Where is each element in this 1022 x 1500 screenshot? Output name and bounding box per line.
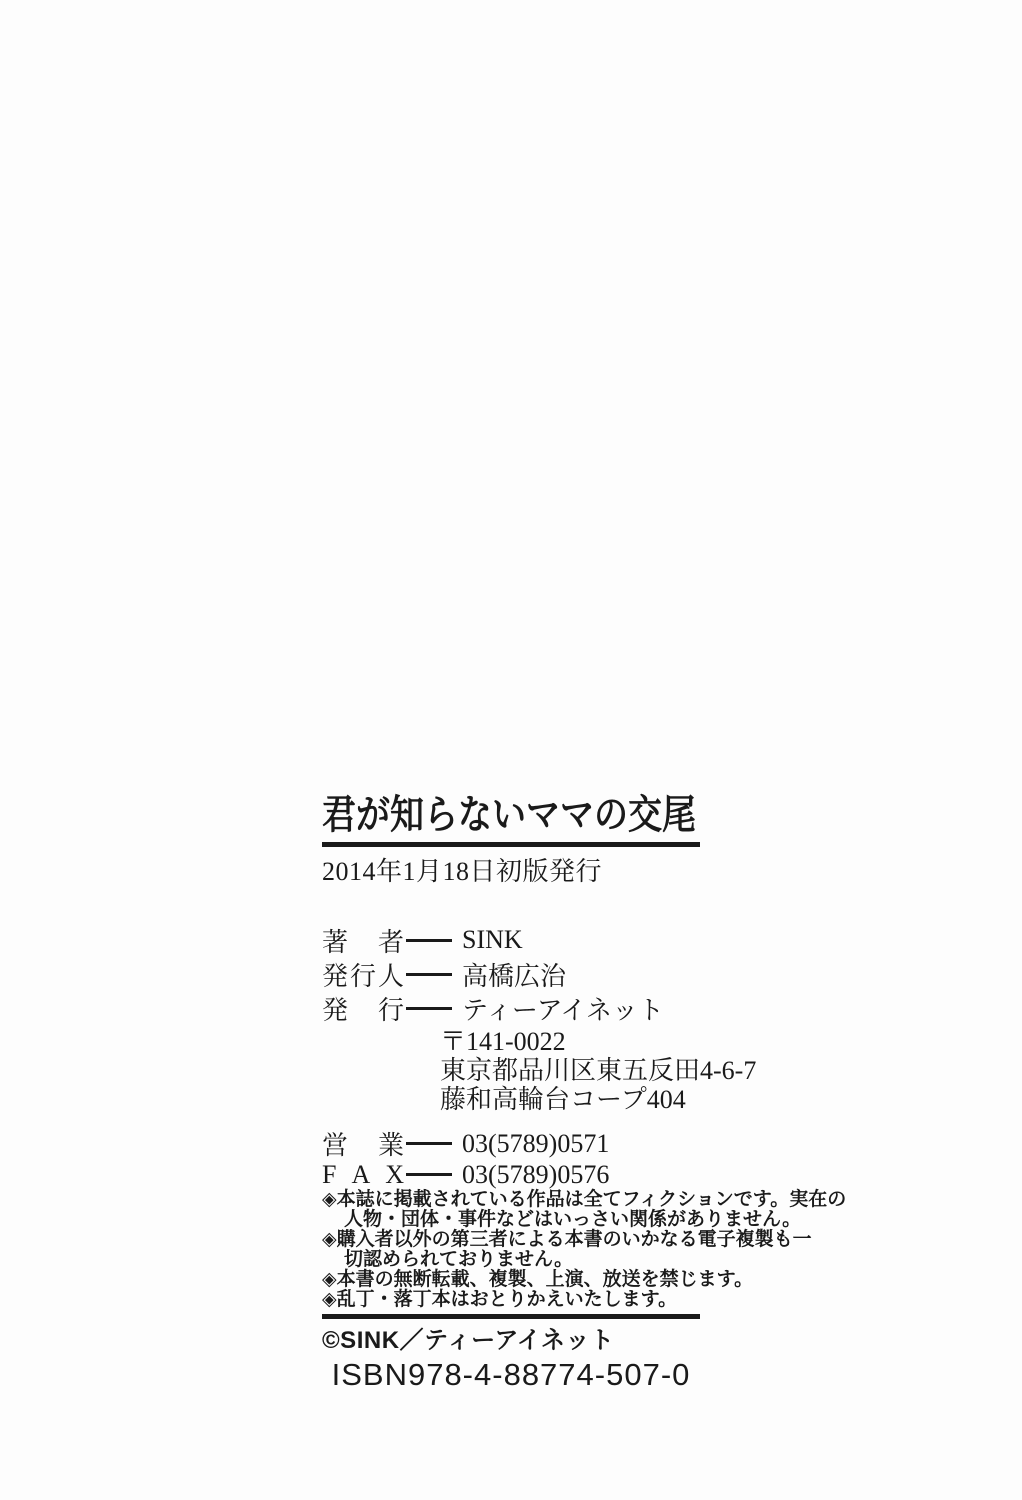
edition-date: 2014年1月18日初版発行 <box>322 857 700 887</box>
book-title: 君が知らないママの交尾 <box>322 792 643 838</box>
leader-line <box>406 973 452 976</box>
credit-row-publisher: 発 行 ティーアイネット <box>322 991 700 1025</box>
postal-code: 〒141-0022 <box>440 1027 700 1056</box>
isbn-number: ISBN978-4-88774-507-0 <box>322 1358 700 1391</box>
contact-row-sales: 営 業 03(5789)0571 <box>322 1128 700 1159</box>
credit-row-publisher-person: 発行人 高橋広治 <box>322 957 700 991</box>
notice-line: 人物・団体・事件などはいっさい関係がありません。 <box>322 1210 700 1230</box>
notice-line: ◈本誌に掲載されている作品は全てフィクションです。実在の <box>322 1190 700 1210</box>
notice-line: ◈購入者以外の第三者による本書のいかなる電子複製も一 <box>322 1230 700 1250</box>
publisher-address: 〒141-0022 東京都品川区東五反田4-6-7 藤和高輪台コープ404 <box>440 1027 700 1114</box>
credit-label: 発 行 <box>322 990 404 1027</box>
credit-label: 著 者 <box>322 922 404 959</box>
contact-rows: 営 業 03(5789)0571 F A X 03(5789)0576 <box>322 1128 700 1190</box>
credit-value: SINK <box>462 925 523 955</box>
credit-value: 高橋広治 <box>462 956 566 993</box>
notice-line: 切認められておりません。 <box>322 1250 700 1270</box>
colophon-block: 君が知らないママの交尾 2014年1月18日初版発行 著 者 SINK 発行人 … <box>322 792 700 1391</box>
leader-line <box>406 1007 452 1010</box>
copyright-line: ©SINK／ティーアイネット <box>322 1327 700 1354</box>
phone-number: 03(5789)0571 <box>462 1129 609 1159</box>
credit-rows: 著 者 SINK 発行人 高橋広治 発 行 ティーアイネット <box>322 923 700 1025</box>
address-line: 藤和高輪台コープ404 <box>440 1085 700 1114</box>
colophon-page: 君が知らないママの交尾 2014年1月18日初版発行 著 者 SINK 発行人 … <box>0 0 1022 1500</box>
divider-rule-top <box>322 842 700 847</box>
leader-line <box>406 1173 452 1176</box>
credit-row-author: 著 者 SINK <box>322 923 700 957</box>
notice-line: ◈本書の無断転載、複製、上演、放送を禁じます。 <box>322 1270 700 1290</box>
legal-notices: ◈本誌に掲載されている作品は全てフィクションです。実在の 人物・団体・事件などは… <box>322 1190 700 1310</box>
leader-line <box>406 939 452 942</box>
credit-label: 発行人 <box>322 956 404 993</box>
fax-number: 03(5789)0576 <box>462 1160 609 1190</box>
contact-label: 営 業 <box>322 1125 404 1162</box>
credit-value: ティーアイネット <box>462 990 664 1027</box>
notice-line: ◈乱丁・落丁本はおとりかえいたします。 <box>322 1290 700 1310</box>
address-line: 東京都品川区東五反田4-6-7 <box>440 1056 700 1085</box>
contact-row-fax: F A X 03(5789)0576 <box>322 1159 700 1190</box>
contact-label: F A X <box>322 1160 404 1190</box>
leader-line <box>406 1142 452 1145</box>
divider-rule-bottom <box>322 1314 700 1319</box>
